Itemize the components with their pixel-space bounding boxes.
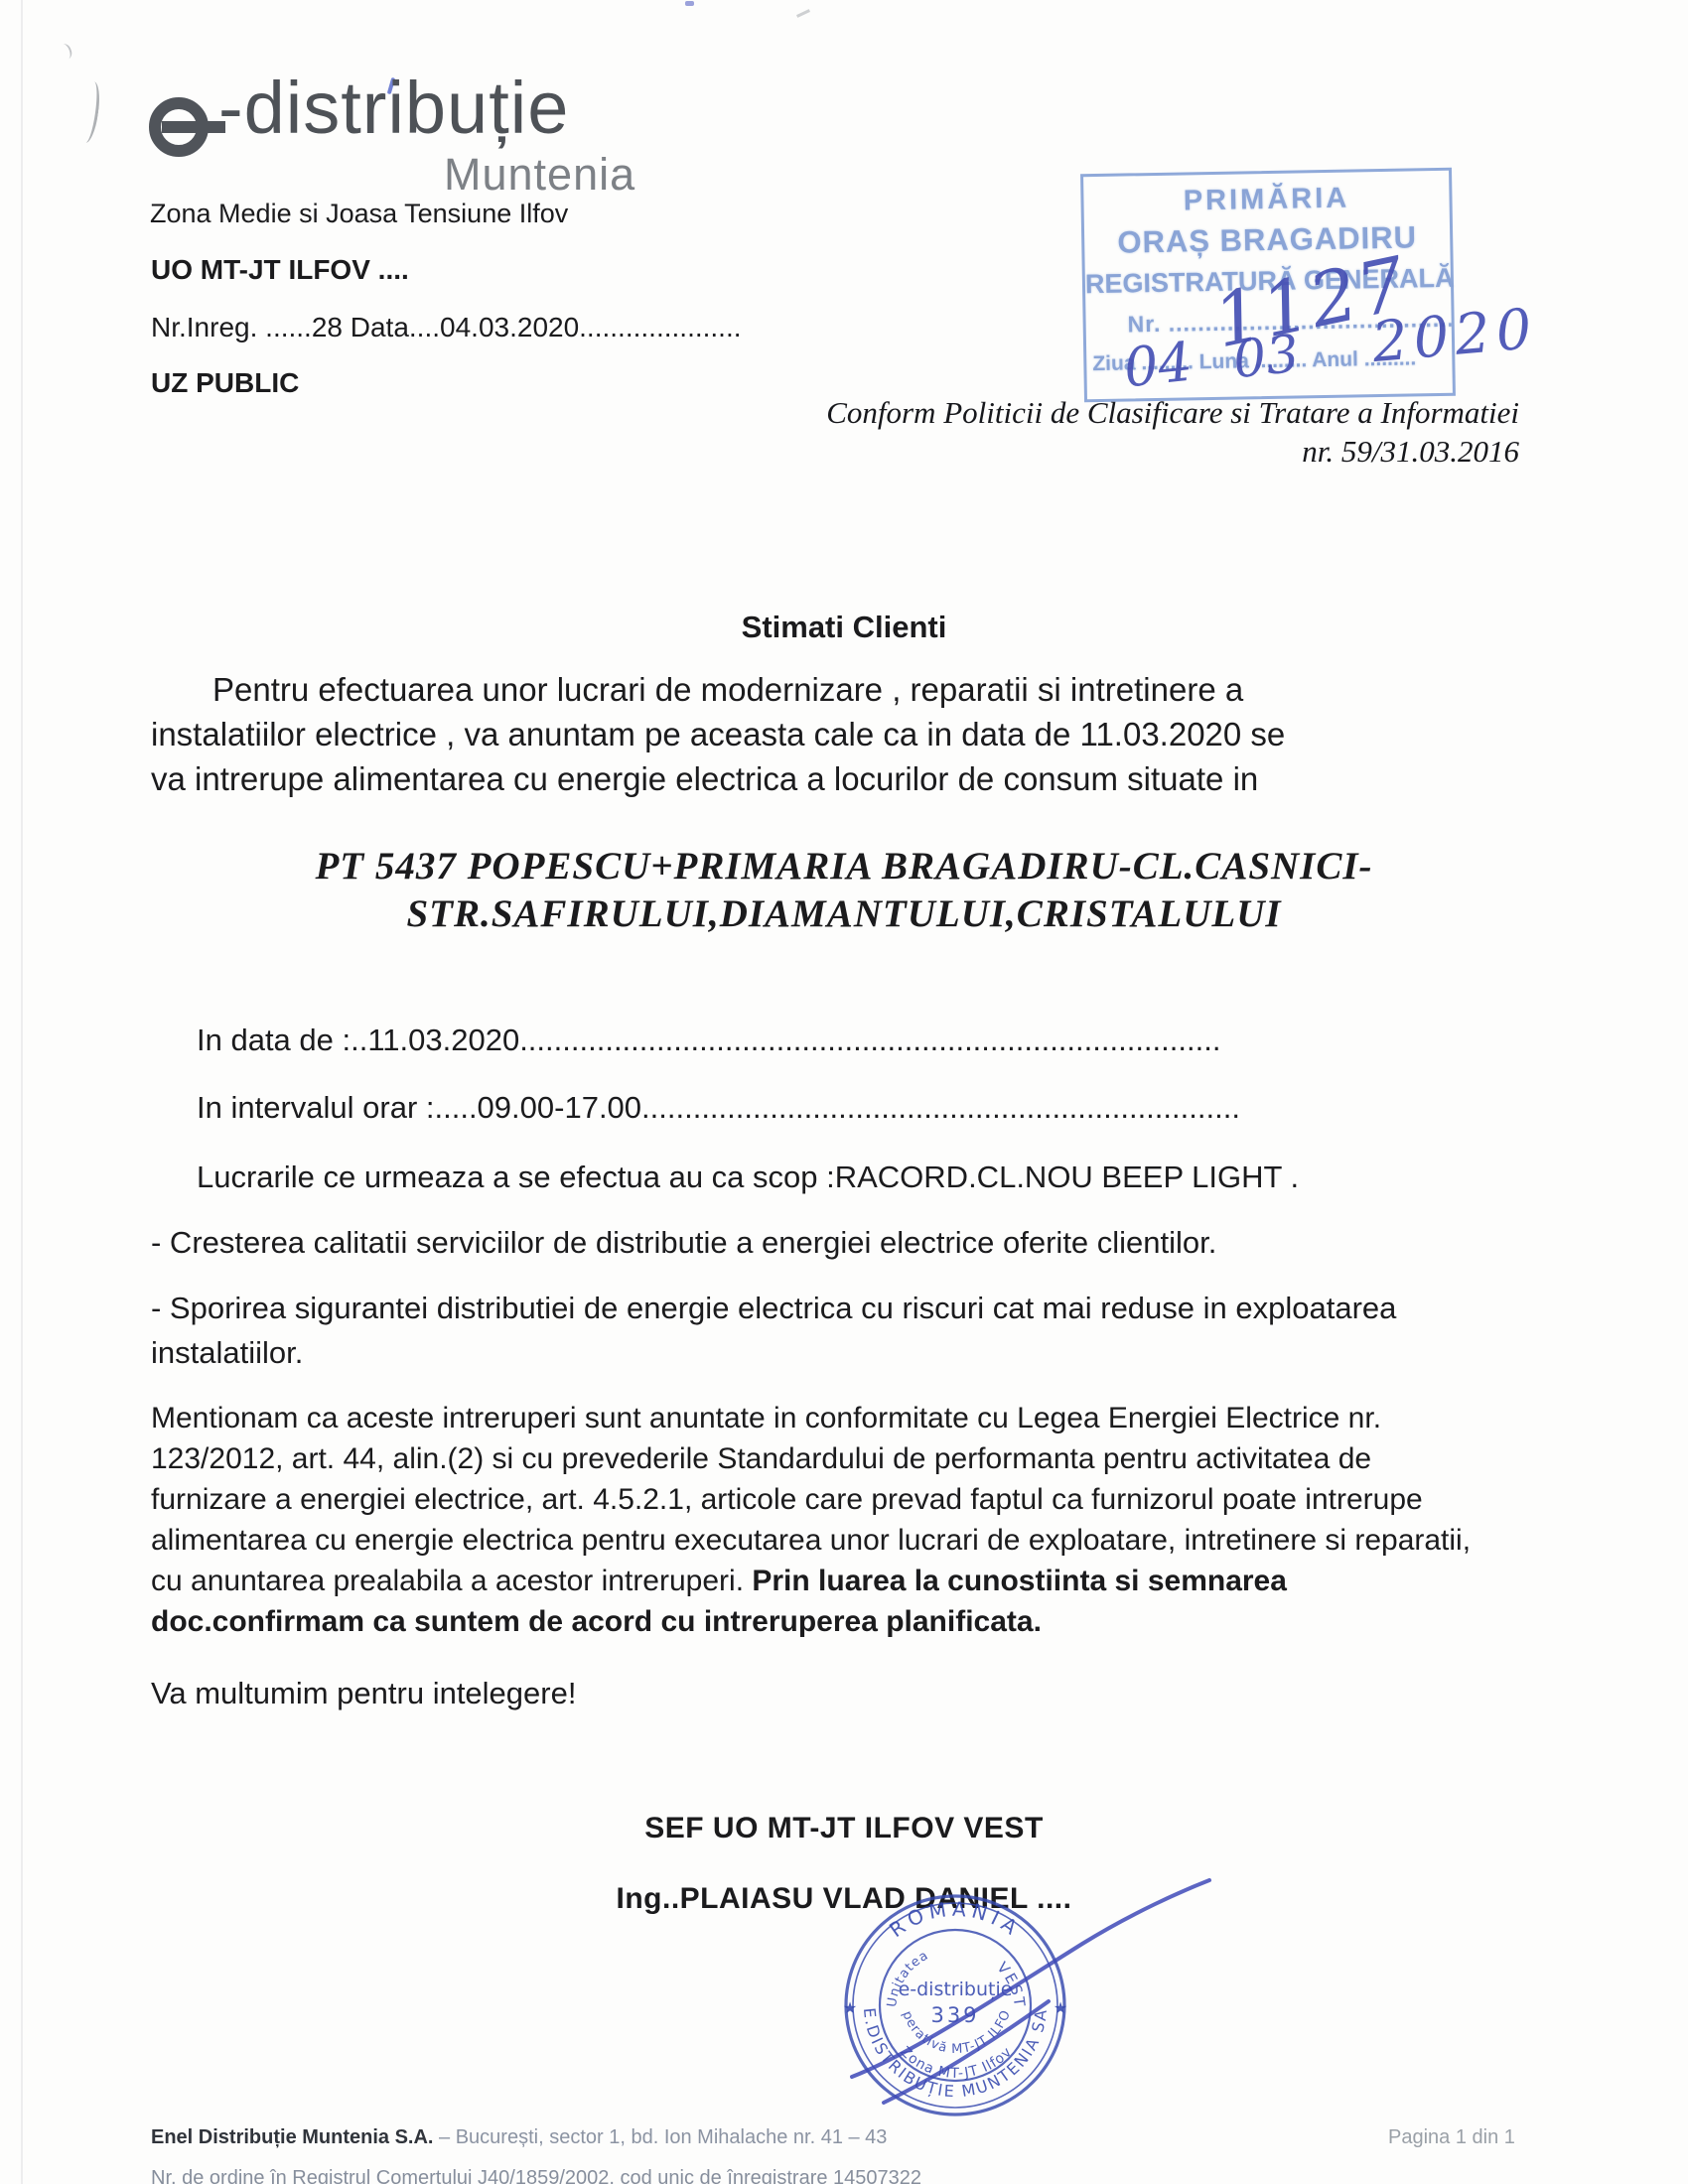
intro-line: va intrerupe alimentarea cu energie elec…: [151, 760, 1258, 798]
zone-line: Zona Medie si Joasa Tensiune Ilfov: [150, 199, 568, 229]
benefit-line: instalatiilor.: [151, 1335, 303, 1371]
footer-registry-line: Nr. de ordine în Registrul Comerțului J4…: [151, 2167, 921, 2184]
unit-line: UO MT-JT ILFOV ....: [151, 254, 409, 286]
outage-date-line: In data de :..11.03.2020................…: [197, 1023, 1220, 1058]
scan-artifact: [796, 9, 810, 18]
intro-line: Pentru efectuarea unor lucrari de modern…: [151, 671, 1243, 709]
scan-artifact: [21, 0, 23, 2184]
salutation: Stimati Clienti: [0, 610, 1688, 645]
footer-address: – București, sector 1, bd. Ion Mihalache…: [433, 2126, 887, 2148]
signer-title: SEF UO MT-JT ILFOV VEST: [0, 1812, 1688, 1845]
star-icon: ★: [1054, 1998, 1067, 2017]
stamp-texts: ROMANIA E.DISTRIBUȚIE MUNTENIA SA Unitat…: [759, 1855, 1067, 2101]
star-icon: ★: [843, 1998, 857, 2017]
outage-location-heading: STR.SAFIRULUI,DIAMANTULUI,CRISTALULUI: [0, 891, 1688, 936]
legal-line: 123/2012, art. 44, alin.(2) si cu preved…: [151, 1442, 1371, 1476]
document-page: -distribuție Muntenia Zona Medie si Joas…: [0, 0, 1688, 2184]
outage-interval-line: In intervalul orar :.....09.00-17.00....…: [197, 1090, 1240, 1126]
scan-artifact: [77, 80, 102, 144]
benefit-line: - Cresterea calitatii serviciilor de dis…: [151, 1225, 1216, 1261]
legal-line: alimentarea cu energie electrica pentru …: [151, 1524, 1471, 1558]
handwritten-day: 04: [1121, 331, 1196, 400]
legal-line: Mentionam ca aceste intreruperi sunt anu…: [151, 1402, 1381, 1435]
footer-line: Enel Distribuție Muntenia S.A. – Bucureș…: [151, 2126, 887, 2149]
handwritten-month: 03: [1230, 325, 1302, 391]
legal-line: doc.confirmam ca suntem de acord cu intr…: [151, 1605, 1042, 1639]
registration-line: Nr.Inreg. ......28 Data....04.03.2020...…: [151, 312, 742, 343]
handwritten-year: 2020: [1369, 297, 1540, 375]
closing-thanks: Va multumim pentru intelegere!: [151, 1676, 576, 1711]
logo-wordmark: -distribuție: [218, 71, 569, 145]
benefit-line: - Sporirea sigurantei distributiei de en…: [151, 1291, 1396, 1326]
legal-line: cu anuntarea prealabila a acestor intrer…: [151, 1565, 1287, 1598]
edistributie-logo: -distribuție: [149, 71, 569, 157]
policy-line: Conform Politicii de Clasificare si Trat…: [794, 393, 1519, 432]
footer-company: Enel Distribuție Muntenia S.A.: [151, 2126, 433, 2148]
pen-mark: [685, 1, 694, 6]
logo-region: Muntenia: [444, 149, 635, 201]
scope-line: Lucrarile ce urmeaza a se efectua au ca …: [197, 1160, 1299, 1195]
legal-line: furnizare a energiei electrice, art. 4.5…: [151, 1483, 1423, 1517]
stamp-country-text: ROMANIA: [885, 1897, 1026, 1943]
legal-line-bold: Prin luarea la cunostiinta si semnarea: [752, 1565, 1287, 1597]
legal-line-plain: cu anuntarea prealabila a acestor intrer…: [151, 1565, 752, 1597]
outage-location-heading: PT 5437 POPESCU+PRIMARIA BRAGADIRU-CL.CA…: [0, 844, 1688, 888]
stamp-title-line: PRIMĂRIA: [1083, 181, 1450, 219]
policy-line: nr. 59/31.03.2016: [794, 432, 1519, 471]
footer-page-number: Pagina 1 din 1: [1388, 2126, 1515, 2149]
enel-e-logo-icon: [149, 97, 209, 157]
scan-artifact: [58, 42, 74, 61]
classification-line: UZ PUBLIC: [151, 367, 299, 399]
intro-line: instalatiilor electrice , va anuntam pe …: [151, 716, 1285, 753]
policy-note: Conform Politicii de Clasificare si Trat…: [794, 393, 1519, 471]
